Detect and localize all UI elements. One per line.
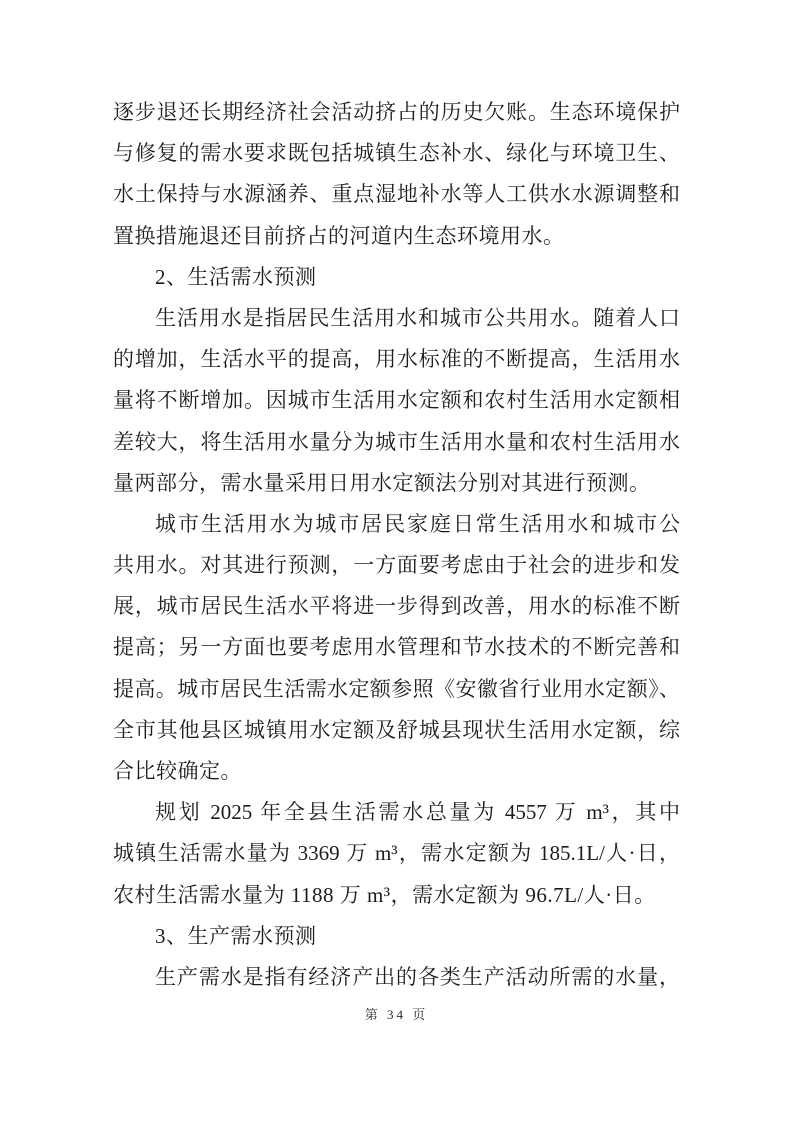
text-line: 全市其他县区城镇用水定额及舒城县现状生活用水定额，综 (113, 710, 680, 751)
text-line: 提高。城市居民生活需水定额参照《安徽省行业用水定额》、 (113, 669, 680, 710)
text-line: 的增加，生活水平的提高，用水标准的不断提高，生活用水 (113, 339, 680, 380)
text-line: 城镇生活需水量为 3369 万 m³，需水定额为 185.1L/人·日， (113, 833, 680, 874)
section-heading: 3、生产需水预测 (113, 916, 680, 957)
text-line: 合比较确定。 (113, 751, 680, 792)
text-line: 城市生活用水为城市居民家庭日常生活用水和城市公 (113, 504, 680, 545)
text-line: 规划 2025 年全县生活需水总量为 4557 万 m³，其中 (113, 792, 680, 833)
text-line: 水土保持与水源涵养、重点湿地补水等人工供水水源调整和 (113, 174, 680, 215)
text-line: 逐步退还长期经济社会活动挤占的历史欠账。生态环境保护 (113, 92, 680, 133)
text-line: 与修复的需水要求既包括城镇生态补水、绿化与环境卫生、 (113, 133, 680, 174)
page-number: 第 34 页 (0, 1004, 793, 1023)
text-line: 差较大，将生活用水量分为城市生活用水量和农村生活用水 (113, 422, 680, 463)
text-line: 农村生活需水量为 1188 万 m³，需水定额为 96.7L/人·日。 (113, 875, 680, 916)
text-line: 生活用水是指居民生活用水和城市公共用水。随着人口 (113, 298, 680, 339)
text-line: 展，城市居民生活水平将进一步得到改善，用水的标准不断 (113, 586, 680, 627)
text-line: 提高；另一方面也要考虑用水管理和节水技术的不断完善和 (113, 627, 680, 668)
text-line: 量两部分，需水量采用日用水定额法分别对其进行预测。 (113, 463, 680, 504)
text-line: 生产需水是指有经济产出的各类生产活动所需的水量， (113, 957, 680, 998)
section-heading: 2、生活需水预测 (113, 257, 680, 298)
document-body: 逐步退还长期经济社会活动挤占的历史欠账。生态环境保护 与修复的需水要求既包括城镇… (113, 92, 680, 998)
text-line: 置换措施退还目前挤占的河道内生态环境用水。 (113, 216, 680, 257)
text-line: 共用水。对其进行预测，一方面要考虑由于社会的进步和发 (113, 545, 680, 586)
document-page: 逐步退还长期经济社会活动挤占的历史欠账。生态环境保护 与修复的需水要求既包括城镇… (0, 0, 793, 1122)
text-line: 量将不断增加。因城市生活用水定额和农村生活用水定额相 (113, 380, 680, 421)
